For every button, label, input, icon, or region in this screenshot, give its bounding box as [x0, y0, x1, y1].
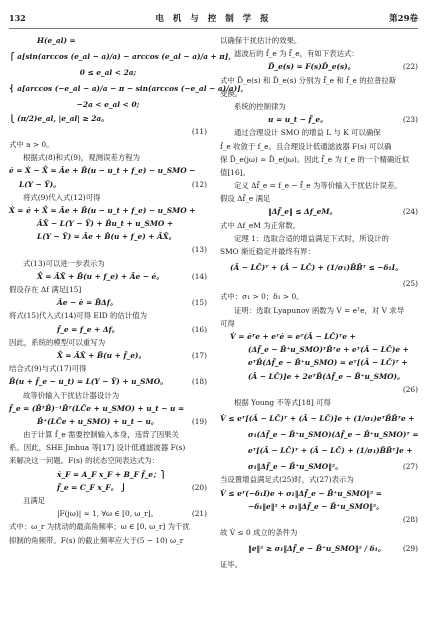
text-line: 式中 Δf_eM 为正常数。 — [220, 219, 418, 232]
right-column: 以确保干扰估计的效果。滤波后的 f̂_e 为 f̃_e，有如下表达式：D̃_e(… — [220, 34, 418, 572]
text-line: 式中：ω_r 为扰动的最高角频率；ω ∈ [0, ω_r] 为干扰 — [9, 520, 207, 533]
equation-line: ‖Δf̃_e‖ ≤ Δf_eM。(24) — [220, 205, 418, 218]
text-line: 抑制的角频带。F(s) 的截止频率应大于(5 ~ 10) ω_r — [9, 534, 207, 547]
text-line: 式中 a > 0。 — [9, 138, 207, 151]
line-text: 故 V̇ ≤ 0 成立的条件为 — [220, 528, 297, 537]
line-text: u = u_t − f̃_e。 — [268, 115, 328, 124]
equation-line: (11) — [9, 125, 207, 138]
equation-line: X̂̇ = ĀX̂ + B̄(u + f̂_e)。(17) — [9, 349, 207, 362]
equation-line: D̃_e(s) = F(s)D̂_e(s)。(22) — [220, 60, 418, 73]
text-line: f̂_e 收敛于 f_e。且合理设计低通滤波器 F(s) 可以确 — [220, 140, 418, 153]
text-line: 因此，系统的模型可以重写为 — [9, 336, 207, 349]
line-text: ⎩ (π/2)e_al, |e_al| ≥ 2a。 — [9, 114, 109, 123]
equation-line: σ₁‖Δf̃_e − B̄⁺u_SMO‖²。(27) — [220, 460, 418, 473]
line-text: 式中 Δf_eM 为正常数。 — [220, 221, 300, 230]
line-text: 定义 Δf̃_e = f_e − f̃_e 为等价输入干扰估计误差。 — [234, 181, 402, 190]
text-line: 将式(15)代入式(14)可得 EID 的估计值为 — [9, 309, 207, 322]
line-text: σ₁‖Δf̃_e − B̄⁺u_SMO‖²。 — [248, 462, 343, 471]
text-line: ⎨ a[arccos (−e_al − a)/a − π − sin(arcco… — [9, 79, 207, 98]
line-text: X̂̇ = ĀX̂ + B̄(u + f̂_e)。 — [57, 351, 146, 360]
line-text: 证毕。 — [220, 560, 242, 569]
line-text: 当设置增益满足式(25)时，式(27)表示为 — [220, 475, 354, 484]
text-line: eᵀ[(Ā − LC̄)ᵀ + (Ā − LC̄) + (1/σ₁)B̄B̄ᵀ]… — [220, 441, 418, 460]
line-text: −2a < e_al < 0; — [77, 100, 140, 109]
text-line: Ẋ = ė + X̂̇ = Āe + B̄(u − u_t + f_e) − u… — [9, 204, 207, 217]
equation-number: (28) — [403, 513, 418, 526]
line-text: 将式(15)代入式(14)可得 EID 的估计值为 — [9, 311, 147, 320]
line-text: f̂_e = f_e + Δf。 — [57, 325, 119, 334]
text-line: 变换。 — [220, 87, 418, 100]
equation-line: (25) — [220, 277, 418, 290]
line-text: ė = Ẋ − X̂̇ = Āe + B̄(u − u_t + f_e) − u… — [9, 166, 195, 175]
equation-number: (19) — [192, 415, 207, 428]
line-text: 由于计算 f̂_e 需要控制输入本身，违背了因果关 — [23, 430, 179, 439]
text-line: ⎧ a[sin(arccos (e_al − a)/a) − arccos (e… — [9, 47, 207, 66]
text-line: 由于计算 f̂_e 需要控制输入本身，违背了因果关 — [9, 428, 207, 441]
text-line: −δ₁‖e‖² + σ₁‖Δf̃_e − B̄⁺u_SMO‖²。 — [220, 500, 418, 513]
line-text: 因此，系统的模型可以重写为 — [9, 338, 105, 347]
line-text: 假设存在 Δf 满足[15] — [9, 285, 81, 294]
line-text: f̂_e 收敛于 f_e。且合理设计低通滤波器 F(s) 可以确 — [220, 142, 391, 151]
line-text: 根据式(8)和式(9)，观测误差方程为 — [23, 153, 140, 162]
text-line: ⎩ (π/2)e_al, |e_al| ≥ 2a。 — [9, 112, 207, 125]
text-line: 结合式(9)与式(17)可得 — [9, 362, 207, 375]
text-line: 系。因此，SHE Jinhua 等[17] 设计低通滤波器 F(s) — [9, 441, 207, 454]
text-line: 式中 D̃_e(s) 和 D̂_e(s) 分别为 f̃_e 和 f̂_e 的拉普… — [220, 74, 418, 87]
text-line: 当设置增益满足式(25)时，式(27)表示为 — [220, 473, 418, 486]
line-text: 假设 Δf̃_e 满足 — [220, 194, 270, 203]
equation-number: (24) — [403, 205, 418, 218]
line-text: 抑制的角频带。F(s) 的截止频率应大于(5 ~ 10) ω_r — [9, 536, 183, 545]
line-text: |F(jω)| ≈ 1, ∀ω ∈ [0, ω_r]。 — [57, 509, 158, 518]
text-line: SMO 渐近稳定并最终有界： — [220, 245, 418, 258]
equation-line: f̃_e = C_F x_F。 ⎭(20) — [9, 481, 207, 494]
text-line: 假设 Δf̃_e 满足 — [220, 192, 418, 205]
line-text: f̃_e = C_F x_F。 ⎭ — [57, 483, 126, 492]
text-line: 0 ≤ e_al < 2a; — [9, 66, 207, 79]
text-line: ĀX̂ − L(Y − Ŷ) + B̄u_t + u_SMO + — [9, 217, 207, 230]
line-text: V̇ ≤ eᵀ(−δ₁I)e + σ₁‖Δf̃_e − B̄⁺u_SMO‖² = — [220, 489, 382, 498]
equation-number: (26) — [403, 383, 418, 396]
text-line: (Δf̃_e − B̄⁺u_SMO)ᵀB̄ᵀe + eᵀ(Ā − LC̄)e + — [220, 343, 418, 356]
text-line: V̇ = ėᵀe + eᵀė = eᵀ(Ā − LC̄)ᵀe + — [220, 330, 418, 343]
text-line: −2a < e_al < 0; — [9, 98, 207, 111]
text-line: L(Y − Ŷ) = Āe + B̄(u + f_e) + ĀX̂。 — [9, 230, 207, 243]
text-line: 通过合理设计 SMO 的增益 L 与 K 可以确保 — [220, 126, 418, 139]
equation-line: B̄(u + f̂_e − u_t) = L(Y − Ŷ) + u_SMO。(1… — [9, 375, 207, 388]
equation-number: (16) — [192, 323, 207, 336]
text-line: 证明：选取 Lyapunov 函数为 V = eᵀe，对 V 求导 — [220, 304, 418, 317]
equation-line: L(Y − Ŷ)。(12) — [9, 178, 207, 191]
equation-line: Āe − ė = B̄Δf。(15) — [9, 296, 207, 309]
text-line: 来解决这一问题。F(s) 的状态空间表达式为： — [9, 454, 207, 467]
line-text: 故等价输入干扰估计器设计为 — [23, 391, 119, 400]
line-text: 来解决这一问题。F(s) 的状态空间表达式为： — [9, 456, 159, 465]
line-text: (Δf̃_e − B̄⁺u_SMO)ᵀB̄ᵀe + eᵀ(Ā − LC̄)e + — [248, 345, 409, 354]
line-text: ẋ_F = A_F x_F + B_F f̂_e；⎫ — [57, 470, 166, 479]
equation-number: (23) — [403, 113, 418, 126]
text-line: 且满足 — [9, 494, 207, 507]
equation-number: (11) — [192, 125, 207, 138]
equation-number: (17) — [192, 349, 207, 362]
line-text: ĀX̂ − L(Y − Ŷ) + B̄u_t + u_SMO + — [37, 219, 173, 228]
line-text: ⎧ a[sin(arccos (e_al − a)/a) − arccos (e… — [9, 52, 231, 61]
line-text: B̄(u + f̂_e − u_t) = L(Y − Ŷ) + u_SMO。 — [9, 377, 168, 386]
text-line: 证毕。 — [220, 558, 418, 571]
equation-number: (20) — [192, 481, 207, 494]
line-text: 式(13)可以进一步表示为 — [23, 259, 105, 268]
equation-line: (13) — [9, 243, 207, 256]
line-text: 结合式(9)与式(17)可得 — [9, 364, 86, 373]
line-text: eᵀB̄(Δf̃_e − B̄⁺u_SMO) = eᵀ[(Ā − LC̄)ᵀ + — [248, 358, 408, 367]
text-line: 故 V̇ ≤ 0 成立的条件为 — [220, 526, 418, 539]
line-text: 保 D̃_e(jω) ≈ D̂_e(jω)。因此 f̃_e 为 f_e 的一个精… — [220, 155, 409, 164]
line-text: 且满足 — [23, 496, 45, 505]
text-line: 保 D̃_e(jω) ≈ D̂_e(jω)。因此 f̃_e 为 f_e 的一个精… — [220, 153, 418, 166]
line-text: 系。因此，SHE Jinhua 等[17] 设计低通滤波器 F(s) — [9, 443, 185, 452]
line-text: 证明：选取 Lyapunov 函数为 V = eᵀe，对 V 求导 — [234, 306, 404, 315]
line-text: Ẋ = ė + X̂̇ = Āe + B̄(u − u_t + f_e) − u… — [9, 206, 195, 215]
line-text: B̄⁺(LC̄e + u_SMO) + u_t − u。 — [37, 417, 158, 426]
line-text: 0 ≤ e_al < 2a; — [80, 68, 136, 77]
line-text: 定理 1：选取合适的增益满足下式时，所设计的 — [234, 234, 389, 243]
line-text: ‖Δf̃_e‖ ≤ Δf_eM。 — [268, 207, 337, 216]
text-line: 假设存在 Δf 满足[15] — [9, 283, 207, 296]
line-text: 变换。 — [220, 89, 242, 98]
equation-number: (12) — [192, 178, 207, 191]
text-line: ė = Ẋ − X̂̇ = Āe + B̄(u − u_t + f_e) − u… — [9, 164, 207, 177]
text-line: 根据式(8)和式(9)，观测误差方程为 — [9, 151, 207, 164]
text-line: H(e_al) = — [9, 34, 207, 47]
text-line: 式中：σ₁ > 0；δ₁ > 0。 — [220, 290, 418, 303]
text-line: 定义 Δf̃_e = f_e − f̃_e 为等价输入干扰估计误差。 — [220, 179, 418, 192]
text-line: (Ā − LC̄)]e + 2eᵀB̄(Δf̃_e − B̄⁺u_SMO)。 — [220, 370, 418, 383]
text-line: 滤波后的 f̂_e 为 f̃_e，有如下表达式： — [220, 47, 418, 60]
text-line: 系统的控制律为 — [220, 100, 418, 113]
text-line: 以确保干扰估计的效果。 — [220, 34, 418, 47]
text-line: 根据 Young 不等式[18] 可得 — [220, 396, 418, 409]
text-line: 将式(9)代入式(12)可得 — [9, 191, 207, 204]
equation-number: (21) — [192, 507, 207, 520]
line-text: 以确保干扰估计的效果。 — [220, 36, 301, 45]
left-column: H(e_al) =⎧ a[sin(arccos (e_al − a)/a) − … — [9, 34, 207, 547]
line-text: eᵀ[(Ā − LC̄)ᵀ + (Ā − LC̄) + (1/σ₁)B̄B̄ᵀ]… — [248, 446, 413, 455]
line-text: ⎨ a[arccos (−e_al − a)/a − π − sin(arcco… — [9, 84, 243, 93]
line-text: D̃_e(s) = F(s)D̂_e(s)。 — [268, 62, 355, 71]
text-line: 故等价输入干扰估计器设计为 — [9, 389, 207, 402]
line-text: 系统的控制律为 — [234, 102, 286, 111]
line-text: 将式(9)代入式(12)可得 — [23, 193, 100, 202]
equation-line: |F(jω)| ≈ 1, ∀ω ∈ [0, ω_r]。(21) — [9, 507, 207, 520]
line-text: σ₁(Δf̃_e − B̄⁺u_SMO)(Δf̃_e − B̄⁺u_SMO)ᵀ … — [248, 430, 419, 439]
text-line: V̇ ≤ eᵀ(−δ₁I)e + σ₁‖Δf̃_e − B̄⁺u_SMO‖² = — [220, 487, 418, 500]
line-text: 通过合理设计 SMO 的增益 L 与 K 可以确保 — [234, 128, 381, 137]
line-text: 滤波后的 f̂_e 为 f̃_e，有如下表达式： — [234, 49, 359, 58]
line-text: 可得 — [220, 319, 235, 328]
text-line: (Ā − LC̄)ᵀ + (Ā − LC̄) + (1/σ₁)B̄B̄ᵀ ≤ −… — [220, 258, 418, 277]
line-text: 式中：σ₁ > 0；δ₁ > 0。 — [220, 292, 304, 301]
equation-line: f̂_e = f_e + Δf。(16) — [9, 323, 207, 336]
equation-number: (29) — [403, 539, 418, 558]
line-text: −δ₁‖e‖² + σ₁‖Δf̃_e − B̄⁺u_SMO‖²。 — [248, 502, 384, 511]
line-text: SMO 渐近稳定并最终有界： — [220, 247, 315, 256]
equation-line: X̂̇ = ĀX̂ + B̄(u + f_e) + Āe − ė。(14) — [9, 270, 207, 283]
line-text: 式中 D̃_e(s) 和 D̂_e(s) 分别为 f̃_e 和 f̂_e 的拉普… — [220, 76, 396, 85]
line-text: ‖e‖² ≥ σ₁‖Δf̃_e − B̄⁺u_SMO‖² / δ₁。 — [248, 544, 385, 553]
line-text: (Ā − LC̄)]e + 2eᵀB̄(Δf̃_e − B̄⁺u_SMO)。 — [248, 372, 404, 381]
line-text: L(Y − Ŷ)。 — [19, 180, 60, 189]
equation-number: (22) — [403, 60, 418, 73]
equation-line: (28) — [220, 513, 418, 526]
text-line: 式(13)可以进一步表示为 — [9, 257, 207, 270]
equation-number: (14) — [192, 270, 207, 283]
equation-line: u = u_t − f̃_e。(23) — [220, 113, 418, 126]
line-text: f̂_e = (B̄ᵀB̄)⁻¹B̄ᵀ(LC̄e + u_SMO) + u_t … — [9, 404, 184, 413]
equation-line: (26) — [220, 383, 418, 396]
journal-title: 电 机 与 控 制 学 报 — [9, 12, 418, 24]
line-text: H(e_al) = — [37, 36, 76, 45]
volume-label: 第29卷 — [389, 12, 418, 24]
line-text: 式中：ω_r 为扰动的最高角频率；ω ∈ [0, ω_r] 为干扰 — [9, 522, 190, 531]
equation-number: (13) — [192, 243, 207, 256]
line-text: V̇ ≤ eᵀ[(Ā − LC̄)ᵀ + (Ā − LC̄)]e + (1/σ₁… — [220, 414, 414, 423]
text-line: 可得 — [220, 317, 418, 330]
text-line: σ₁(Δf̃_e − B̄⁺u_SMO)(Δf̃_e − B̄⁺u_SMO)ᵀ … — [220, 428, 418, 441]
text-line: 值[16]。 — [220, 166, 418, 179]
text-line: 定理 1：选取合适的增益满足下式时，所设计的 — [220, 232, 418, 245]
equation-number: (18) — [192, 375, 207, 388]
line-text: 式中 a > 0。 — [9, 140, 54, 149]
equation-line: B̄⁺(LC̄e + u_SMO) + u_t − u。(19) — [9, 415, 207, 428]
equation-number: (27) — [403, 460, 418, 473]
text-line: eᵀB̄(Δf̃_e − B̄⁺u_SMO) = eᵀ[(Ā − LC̄)ᵀ + — [220, 356, 418, 369]
text-line: ẋ_F = A_F x_F + B_F f̂_e；⎫ — [9, 468, 207, 481]
line-text: (Ā − LC̄)ᵀ + (Ā − LC̄) + (1/σ₁)B̄B̄ᵀ ≤ −… — [230, 263, 402, 272]
line-text: 值[16]。 — [220, 168, 250, 177]
page-header: 132 电 机 与 控 制 学 报 第29卷 — [9, 0, 418, 30]
header-rule — [9, 28, 418, 29]
equation-line: ‖e‖² ≥ σ₁‖Δf̃_e − B̄⁺u_SMO‖² / δ₁。(29) — [220, 539, 418, 558]
line-text: 根据 Young 不等式[18] 可得 — [234, 398, 331, 407]
equation-number: (15) — [192, 296, 207, 309]
equation-number: (25) — [403, 277, 418, 290]
line-text: X̂̇ = ĀX̂ + B̄(u + f_e) + Āe − ė。 — [37, 272, 164, 281]
text-line: V̇ ≤ eᵀ[(Ā − LC̄)ᵀ + (Ā − LC̄)]e + (1/σ₁… — [220, 409, 418, 428]
text-line: f̂_e = (B̄ᵀB̄)⁻¹B̄ᵀ(LC̄e + u_SMO) + u_t … — [9, 402, 207, 415]
line-text: V̇ = ėᵀe + eᵀė = eᵀ(Ā − LC̄)ᵀe + — [230, 332, 356, 341]
line-text: Āe − ė = B̄Δf。 — [57, 298, 117, 307]
line-text: L(Y − Ŷ) = Āe + B̄(u + f_e) + ĀX̂。 — [37, 232, 176, 241]
